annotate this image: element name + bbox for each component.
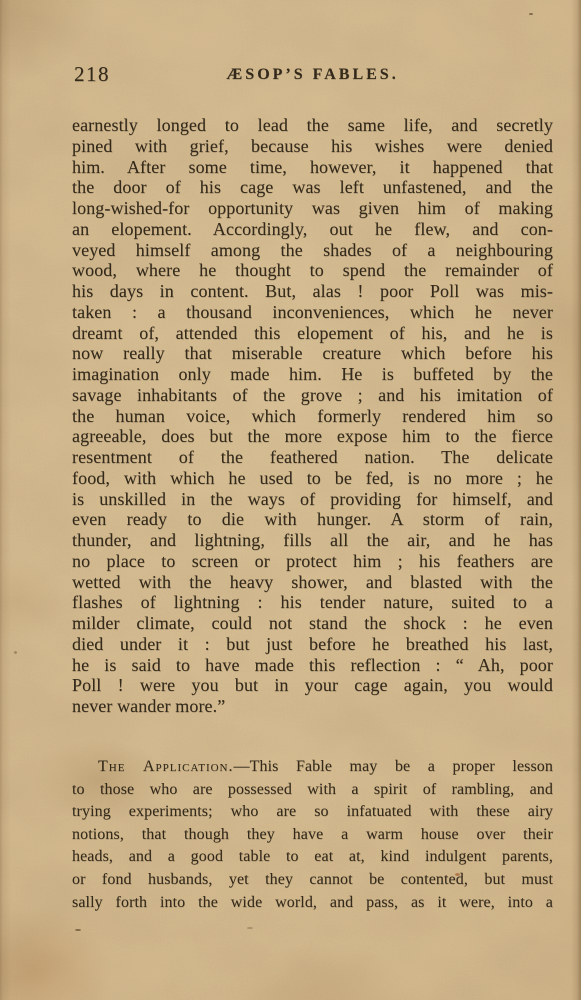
application-first-line-rest: —This Fable may be a proper lesson [234, 758, 554, 775]
text-line: trying experiments; who are so infatuate… [72, 801, 553, 824]
text-line: his days in content. But, alas ! poor Po… [72, 281, 553, 302]
text-line: savage inhabitants of the grove ; and hi… [72, 385, 553, 406]
text-line: agreeable, does but the more expose him … [72, 426, 553, 447]
text-line: milder climate, could not stand the shoc… [72, 613, 553, 634]
paper-speck [14, 651, 17, 654]
running-head: 218 ÆSOP’S FABLES. [72, 61, 553, 89]
book-page: 218 ÆSOP’S FABLES. earnestly longed to l… [0, 0, 581, 1000]
text-line: pined with grief, because his wishes wer… [72, 136, 553, 157]
text-line: long-wished-for opportunity was given hi… [72, 198, 553, 219]
text-line: flashes of lightning : his tender nature… [72, 592, 553, 613]
text-line: died under it : but just before he breat… [72, 634, 553, 655]
text-line: the human voice, which formerly rendered… [72, 406, 553, 427]
text-line: the door of his cage was left unfastened… [72, 177, 553, 198]
paper-speck [247, 927, 253, 929]
text-line: he is said to have made this reflection … [72, 655, 553, 676]
text-line: never wander more.” [72, 696, 553, 717]
text-line: an elopement. Accordingly, out he flew, … [72, 219, 553, 240]
running-title: ÆSOP’S FABLES. [72, 66, 553, 84]
text-line: no place to screen or protect him ; his … [72, 551, 553, 572]
paper-stain-mark [455, 873, 460, 876]
text-line: to those who are possessed with a spirit… [72, 779, 553, 802]
application-heading: The Application. [98, 758, 234, 775]
text-line: earnestly longed to lead the same life, … [72, 115, 553, 136]
fable-body-text: earnestly longed to lead the same life, … [72, 115, 553, 717]
text-line: wetted with the heavy shower, and blaste… [72, 572, 553, 593]
application-section: The Application.—This Fable may be a pro… [72, 756, 553, 914]
text-line: imagination only made him. He is buffete… [72, 364, 553, 385]
text-line: now really that miserable creature which… [72, 343, 553, 364]
text-line: notions, that though they have a warm ho… [72, 824, 553, 847]
text-line: him. After some time, however, it happen… [72, 157, 553, 178]
text-line: veyed himself among the shades of a neig… [72, 240, 553, 261]
text-line: thunder, and lightning, fills all the ai… [72, 530, 553, 551]
text-line: is unskilled in the ways of providing fo… [72, 489, 553, 510]
text-line: resentment of the feathered nation. The … [72, 447, 553, 468]
text-line: dreamt of, attended this elopement of hi… [72, 323, 553, 344]
application-continuation: to those who are possessed with a spirit… [72, 779, 553, 915]
text-line: food, with which he used to be fed, is n… [72, 468, 553, 489]
text-line: wood, where he thought to spend the rema… [72, 260, 553, 281]
paper-speck [529, 13, 533, 15]
text-line: taken : a thousand inconveniences, which… [72, 302, 553, 323]
application-first-line: The Application.—This Fable may be a pro… [72, 756, 553, 779]
text-line: Poll ! were you but in your cage again, … [72, 675, 553, 696]
text-line: or fond husbands, yet they cannot be con… [72, 869, 553, 892]
text-line: sally forth into the wide world, and pas… [72, 892, 553, 915]
paper-speck [75, 929, 81, 931]
text-line: even ready to die with hunger. A storm o… [72, 509, 553, 530]
text-line: heads, and a good table to eat at, kind … [72, 846, 553, 869]
